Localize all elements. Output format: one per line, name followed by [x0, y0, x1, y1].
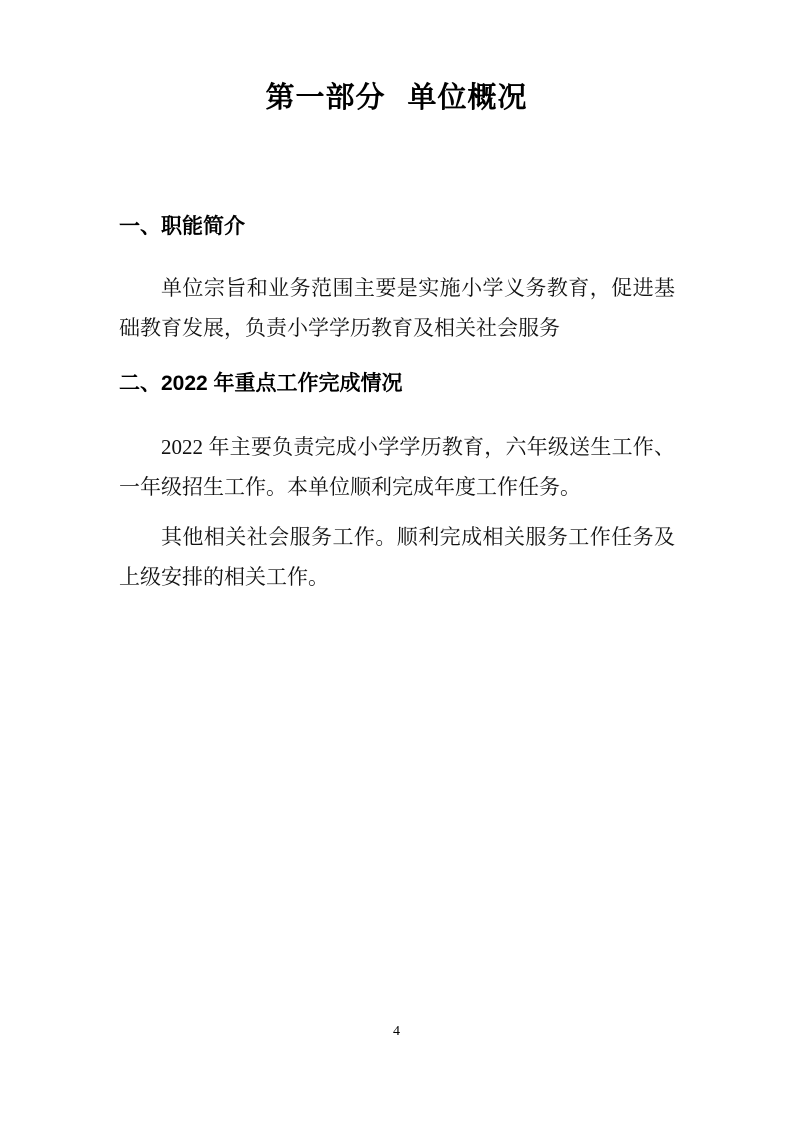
- paragraph-other-services: 其他相关社会服务工作。顺利完成相关服务工作任务及上级安排的相关工作。: [119, 517, 675, 597]
- section-heading-2022-work: 二、2022 年重点工作完成情况: [119, 364, 675, 404]
- document-title: 第一部分 单位概况: [0, 76, 793, 120]
- paragraph-functions-intro: 单位宗旨和业务范围主要是实施小学义务教育，促进基础教育发展，负责小学学历教育及相…: [119, 268, 675, 348]
- section-heading-functions: 一、职能简介: [119, 207, 675, 247]
- page-number: 4: [0, 1022, 793, 1042]
- document-body: 一、职能简介 单位宗旨和业务范围主要是实施小学义务教育，促进基础教育发展，负责小…: [119, 207, 675, 597]
- paragraph-2022-work: 2022 年主要负责完成小学学历教育，六年级送生工作、一年级招生工作。本单位顺利…: [119, 427, 675, 507]
- document-page: 第一部分 单位概况 一、职能简介 单位宗旨和业务范围主要是实施小学义务教育，促进…: [0, 0, 793, 1122]
